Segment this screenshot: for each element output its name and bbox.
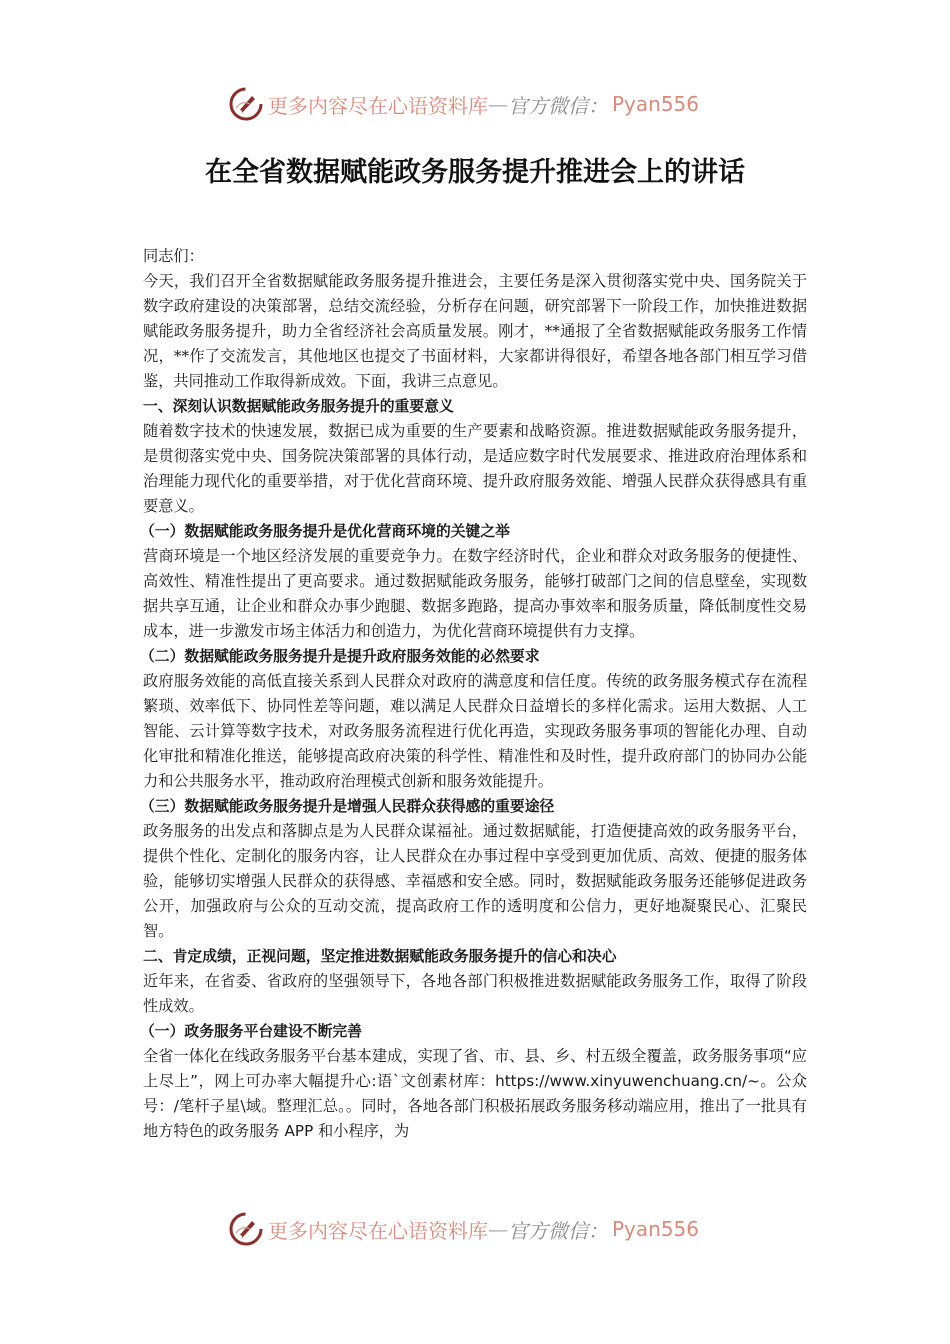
header-watermark: 更多内容尽在心语资料库 — 官方微信： Pyan556 xyxy=(228,84,728,124)
watermark-wechat-label: 官方微信： xyxy=(508,1215,608,1244)
quill-logo-icon xyxy=(228,86,264,122)
paragraph-intro: 今天，我们召开全省数据赋能政务服务提升推进会，主要任务是深入贯彻落实党中央、国务… xyxy=(143,269,807,394)
watermark-wechat-id: Pyan556 xyxy=(612,1217,699,1241)
paragraph: 政府服务效能的高低直接关系到人民群众对政府的满意度和信任度。传统的政务服务模式存… xyxy=(143,669,807,794)
subsection-heading-1-2: （二）数据赋能政务服务提升是提升政府服务效能的必然要求 xyxy=(140,644,807,669)
salutation: 同志们： xyxy=(143,244,807,269)
subsection-heading-1-1: （一）数据赋能政务服务提升是优化营商环境的关键之举 xyxy=(140,519,807,544)
watermark-main-text: 更多内容尽在心语资料库 xyxy=(268,1215,488,1244)
watermark-dash: — xyxy=(488,1217,508,1241)
document-body: 同志们： 今天，我们召开全省数据赋能政务服务提升推进会，主要任务是深入贯彻落实党… xyxy=(143,244,807,1144)
paragraph: 全省一体化在线政务服务平台基本建成，实现了省、市、县、乡、村五级全覆盖，政务服务… xyxy=(143,1044,807,1144)
quill-logo-icon xyxy=(228,1211,264,1247)
paragraph: 随着数字技术的快速发展，数据已成为重要的生产要素和战略资源。推进数据赋能政务服务… xyxy=(143,419,807,519)
subsection-heading-2-1: （一）政务服务平台建设不断完善 xyxy=(140,1019,807,1044)
document-title: 在全省数据赋能政务服务提升推进会上的讲话 xyxy=(0,150,950,189)
watermark-dash: — xyxy=(488,92,508,116)
section-heading-2: 二、肯定成绩，正视问题，坚定推进数据赋能政务服务提升的信心和决心 xyxy=(143,944,807,969)
paragraph: 营商环境是一个地区经济发展的重要竞争力。在数字经济时代，企业和群众对政务服务的便… xyxy=(143,544,807,644)
paragraph: 近年来，在省委、省政府的坚强领导下，各地各部门积极推进数据赋能政务服务工作，取得… xyxy=(143,969,807,1019)
paragraph: 政务服务的出发点和落脚点是为人民群众谋福祉。通过数据赋能，打造便捷高效的政务服务… xyxy=(143,819,807,944)
footer-watermark: 更多内容尽在心语资料库 — 官方微信： Pyan556 xyxy=(228,1209,728,1249)
section-heading-1: 一、深刻认识数据赋能政务服务提升的重要意义 xyxy=(143,394,807,419)
watermark-wechat-id: Pyan556 xyxy=(612,92,699,116)
watermark-main-text: 更多内容尽在心语资料库 xyxy=(268,90,488,119)
watermark-wechat-label: 官方微信： xyxy=(508,90,608,119)
subsection-heading-1-3: （三）数据赋能政务服务提升是增强人民群众获得感的重要途径 xyxy=(140,794,807,819)
